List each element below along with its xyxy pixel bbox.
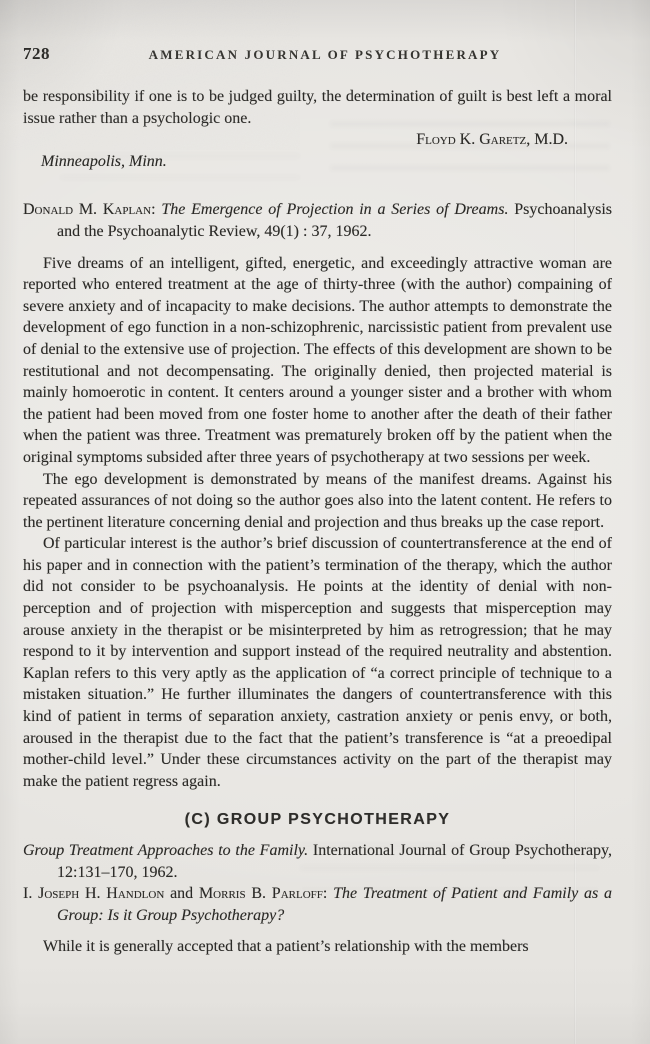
kaplan-citation-title: The Emergence of Projection in a Series …	[161, 201, 508, 218]
garetz-abstract-closing: be responsibility if one is to be judged…	[23, 86, 612, 129]
handlon-parloff-citation: I. Joseph H. Handlon and Morris B. Parlo…	[23, 883, 612, 926]
page-content: 728 AMERICAN JOURNAL OF PSYCHOTHERAPY be…	[0, 0, 650, 958]
kaplan-citation: Donald M. Kaplan: The Emergence of Proje…	[23, 199, 612, 242]
running-header: 728 AMERICAN JOURNAL OF PSYCHOTHERAPY	[23, 44, 612, 65]
group-psychotherapy-section-heading: (C) GROUP PSYCHOTHERAPY	[23, 809, 612, 831]
kaplan-abstract-paragraph-1: Five dreams of an intelligent, gifted, e…	[23, 253, 612, 469]
kaplan-citation-author: Donald M. Kaplan:	[23, 201, 156, 218]
author-conjunction: and	[170, 885, 193, 902]
article-number: I.	[23, 885, 32, 902]
kaplan-abstract-paragraph-2: The ego development is demonstrated by m…	[23, 469, 612, 534]
article-author-1: Joseph H. Handlon	[38, 885, 164, 902]
group-series-citation: Group Treatment Approaches to the Family…	[23, 840, 612, 883]
scanned-journal-page: 728 AMERICAN JOURNAL OF PSYCHOTHERAPY be…	[0, 0, 650, 1044]
article-author-2: Morris B. Parloff:	[199, 885, 327, 902]
reviewer-signature: Floyd K. Garetz, M.D.	[23, 129, 612, 151]
abstracts-body: be responsibility if one is to be judged…	[23, 86, 612, 958]
kaplan-abstract-paragraph-3: Of particular interest is the author’s b…	[23, 533, 612, 792]
journal-running-title: AMERICAN JOURNAL OF PSYCHOTHERAPY	[0, 47, 650, 63]
reviewer-location: Minneapolis, Minn.	[23, 151, 612, 173]
group-series-title: Group Treatment Approaches to the Family…	[23, 842, 308, 859]
handlon-abstract-opening: While it is generally accepted that a pa…	[23, 936, 612, 958]
